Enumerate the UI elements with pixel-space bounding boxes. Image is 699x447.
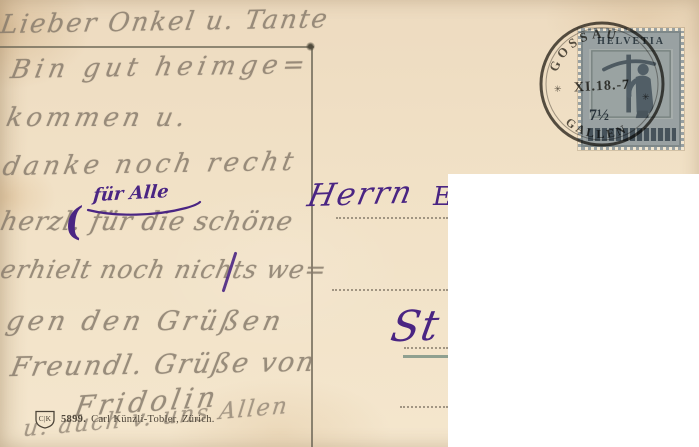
address-dotted-line-1 <box>336 217 448 219</box>
address-salutation: Herrn <box>304 174 417 214</box>
address-green-rule <box>403 355 448 358</box>
publisher-imprint: C|K 5899. Carl Künzli-Tobler, Zürich. <box>34 410 215 429</box>
publisher-shield-logo: C|K <box>34 410 56 429</box>
imprint-publisher: Carl Künzli-Tobler, Zürich. <box>91 414 215 425</box>
message-line-2: Bin gut heimge= <box>8 50 312 85</box>
publisher-logo-letters: C|K <box>39 414 52 423</box>
message-line-3: kommen u. <box>4 103 193 133</box>
address-dotted-line-2 <box>332 289 448 291</box>
message-line-1: Lieber Onkel u. Tante <box>0 4 331 40</box>
message-line-7: gen den Grüßen <box>3 306 287 337</box>
postmark-date: XI.18.-7 <box>574 78 631 96</box>
address-dotted-line-3 <box>404 347 448 349</box>
ink-underline-swoosh <box>86 200 202 218</box>
ink-paren-mark: ( <box>62 198 85 245</box>
postcard-scan: Lieber Onkel u. Tante Bin gut heimge= ko… <box>0 0 699 447</box>
message-line-6: erhielt noch nichts we= <box>0 255 330 284</box>
address-dotted-line-4 <box>400 406 448 408</box>
postmark-town-arc: GOSSAU <box>546 26 621 74</box>
postmark-ornament-left: ✳ <box>554 84 562 94</box>
imprint-number: 5899. <box>61 414 86 425</box>
svg-text:GOSSAU: GOSSAU <box>546 26 621 74</box>
message-line-8: Freundl. Grüße von <box>8 347 319 383</box>
postmark-ornament-right: ✳ <box>642 92 650 102</box>
postmark: GOSSAU GALLEN XI.18.-7 ✳ ✳ <box>532 12 672 156</box>
privacy-overlay <box>448 174 699 447</box>
address-place-fragment: St <box>387 300 443 351</box>
message-frame-top-rule <box>0 46 314 48</box>
postcard-divider-line <box>311 46 313 447</box>
message-line-4: danke noch recht <box>0 147 300 182</box>
